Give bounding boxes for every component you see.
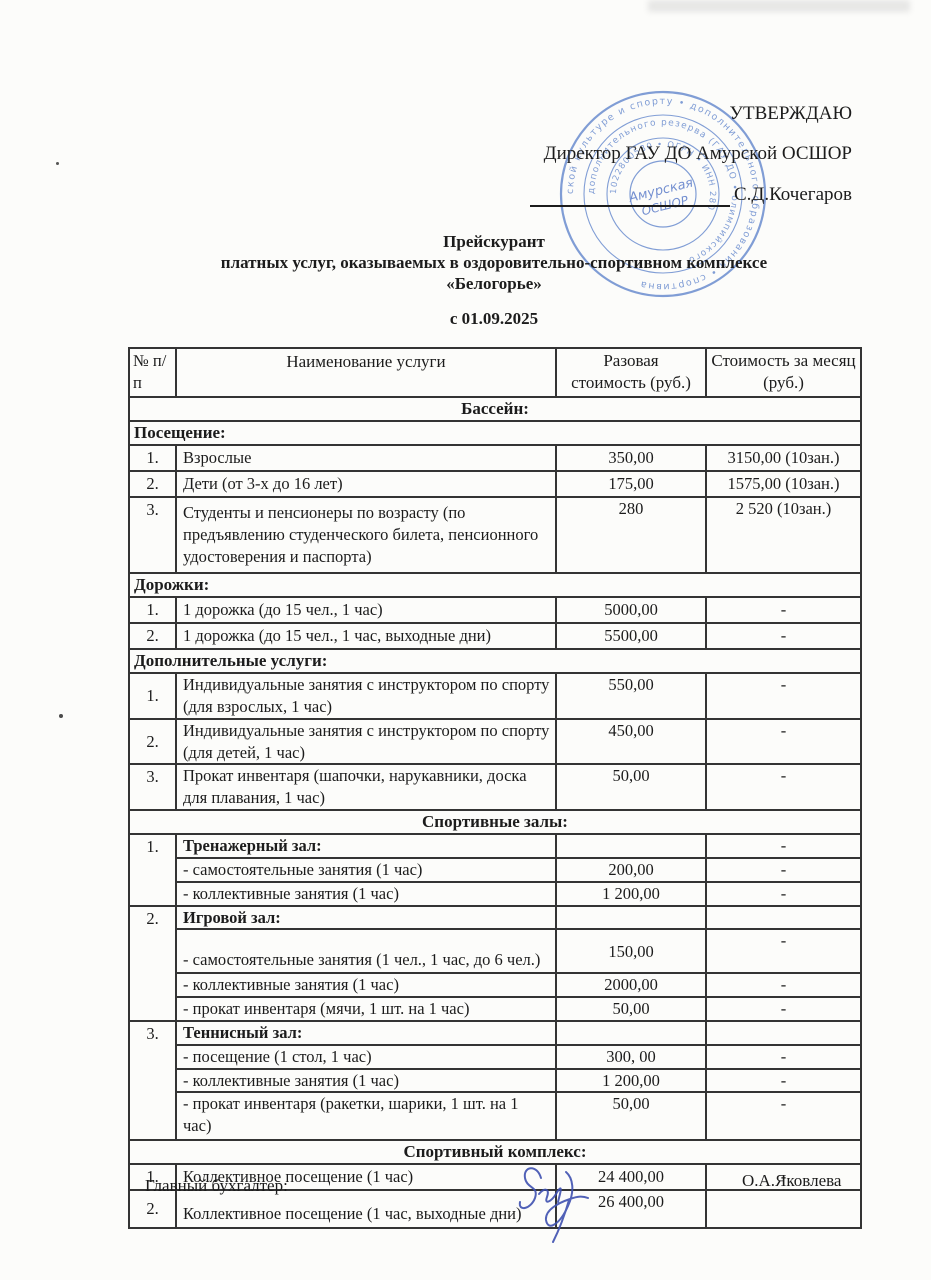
section-row: Бассейн:	[129, 397, 861, 421]
monthly-price-cell: 1575,00 (10зан.)	[706, 471, 861, 497]
header-monthly-price: Стоимость за месяц (руб.)	[706, 348, 861, 397]
single-price-cell	[556, 834, 706, 858]
monthly-price-cell: -	[706, 719, 861, 765]
service-name-cell: - прокат инвентаря (мячи, 1 шт. на 1 час…	[176, 997, 556, 1021]
director-signature-row: С.Д.Кочегаров	[530, 181, 852, 207]
price-table: № п/п Наименование услуги Разовая стоимо…	[128, 347, 862, 1229]
scanned-price-list-page: { "approval": { "approve_label": "УТВЕРЖ…	[0, 0, 931, 1280]
service-name-cell: Тренажерный зал:	[176, 834, 556, 858]
row-number-cell: 1.	[129, 445, 176, 471]
section-row: Дополнительные услуги:	[129, 649, 861, 673]
single-price-cell: 350,00	[556, 445, 706, 471]
service-name-cell: - самостоятельные занятия (1 час)	[176, 858, 556, 882]
section-label: Спортивные залы:	[129, 810, 861, 834]
service-name-cell: - самостоятельные занятия (1 чел., 1 час…	[176, 929, 556, 973]
table-row: - самостоятельные занятия (1 час)200,00-	[129, 858, 861, 882]
effective-date: с 01.09.2025	[128, 309, 860, 329]
single-price-cell: 50,00	[556, 764, 706, 810]
monthly-price-cell	[706, 1021, 861, 1045]
approve-label: УТВЕРЖДАЮ	[530, 103, 852, 126]
table-row: 1.Индивидуальные занятия с инструктором …	[129, 673, 861, 719]
table-row: 2.Индивидуальные занятия с инструктором …	[129, 719, 861, 765]
scan-speck	[56, 162, 59, 165]
monthly-price-cell: -	[706, 929, 861, 973]
table-row: 2.1 дорожка (до 15 чел., 1 час, выходные…	[129, 623, 861, 649]
single-price-cell: 1 200,00	[556, 882, 706, 906]
table-row: 3.Студенты и пенсионеры по возрасту (по …	[129, 497, 861, 573]
section-label: Посещение:	[129, 421, 861, 445]
monthly-price-cell: -	[706, 973, 861, 997]
service-name-cell: Игровой зал:	[176, 906, 556, 930]
single-price-cell: 550,00	[556, 673, 706, 719]
row-number-cell: 3.	[129, 497, 176, 573]
service-name-cell: - коллективные занятия (1 час)	[176, 973, 556, 997]
table-row: 1.Взрослые350,003150,00 (10зан.)	[129, 445, 861, 471]
single-price-cell: 450,00	[556, 719, 706, 765]
section-label: Спортивный комплекс:	[129, 1140, 861, 1164]
service-name-cell: Взрослые	[176, 445, 556, 471]
monthly-price-cell: -	[706, 673, 861, 719]
single-price-cell: 150,00	[556, 929, 706, 973]
document-title: Прейскурант платных услуг, оказываемых в…	[128, 231, 860, 294]
section-label: Бассейн:	[129, 397, 861, 421]
service-name-cell: Индивидуальные занятия с инструктором по…	[176, 673, 556, 719]
row-number-cell: 1.	[129, 673, 176, 719]
monthly-price-cell: -	[706, 623, 861, 649]
single-price-cell: 5000,00	[556, 597, 706, 623]
single-price-cell: 175,00	[556, 471, 706, 497]
row-number-cell: 2.	[129, 623, 176, 649]
single-price-cell: 2000,00	[556, 973, 706, 997]
approval-block: УТВЕРЖДАЮ Директор ГАУ ДО Амурской ОСШОР…	[530, 103, 852, 207]
table-row: 2.Игровой зал:	[129, 906, 861, 930]
header-num: № п/п	[129, 348, 176, 397]
single-price-cell: 200,00	[556, 858, 706, 882]
accountant-name: О.А.Яковлева	[742, 1171, 841, 1191]
monthly-price-cell: 2 520 (10зан.)	[706, 497, 861, 573]
accountant-signature	[503, 1156, 613, 1248]
monthly-price-cell	[706, 1190, 861, 1228]
monthly-price-cell: -	[706, 1069, 861, 1093]
table-header-row: № п/п Наименование услуги Разовая стоимо…	[129, 348, 861, 397]
service-name-cell: Дети (от 3-х до 16 лет)	[176, 471, 556, 497]
table-row: - коллективные занятия (1 час)1 200,00-	[129, 1069, 861, 1093]
scan-smudge	[648, 0, 910, 12]
table-row: 2.Дети (от 3-х до 16 лет)175,001575,00 (…	[129, 471, 861, 497]
row-number-cell: 3.	[129, 764, 176, 810]
scan-speck	[59, 714, 63, 718]
single-price-cell: 5500,00	[556, 623, 706, 649]
monthly-price-cell: 3150,00 (10зан.)	[706, 445, 861, 471]
row-number-cell: 1.	[129, 597, 176, 623]
service-name-cell: - прокат инвентаря (ракетки, шарики, 1 ш…	[176, 1092, 556, 1140]
table-row: 3.Прокат инвентаря (шапочки, нарукавники…	[129, 764, 861, 810]
table-row: - прокат инвентаря (ракетки, шарики, 1 ш…	[129, 1092, 861, 1140]
price-table-container: № п/п Наименование услуги Разовая стоимо…	[128, 347, 862, 1229]
single-price-cell: 50,00	[556, 1092, 706, 1140]
service-name-cell: - коллективные занятия (1 час)	[176, 1069, 556, 1093]
single-price-cell	[556, 906, 706, 930]
row-number-cell: 3.	[129, 1021, 176, 1140]
title-line3: «Белогорье»	[128, 273, 860, 294]
service-name-cell: Студенты и пенсионеры по возрасту (по пр…	[176, 497, 556, 573]
service-name-cell: Теннисный зал:	[176, 1021, 556, 1045]
header-single-price: Разовая стоимость (руб.)	[556, 348, 706, 397]
table-row: 1.Тренажерный зал:-	[129, 834, 861, 858]
single-price-cell: 50,00	[556, 997, 706, 1021]
single-price-cell: 300, 00	[556, 1045, 706, 1069]
table-row: - самостоятельные занятия (1 чел., 1 час…	[129, 929, 861, 973]
title-line2: платных услуг, оказываемых в оздоровител…	[128, 252, 860, 273]
section-label: Дорожки:	[129, 573, 861, 597]
monthly-price-cell: -	[706, 834, 861, 858]
director-name: С.Д.Кочегаров	[730, 184, 852, 207]
monthly-price-cell: -	[706, 1045, 861, 1069]
section-label: Дополнительные услуги:	[129, 649, 861, 673]
service-name-cell: Прокат инвентаря (шапочки, нарукавники, …	[176, 764, 556, 810]
service-name-cell: 1 дорожка (до 15 чел., 1 час, выходные д…	[176, 623, 556, 649]
table-row: 1.1 дорожка (до 15 чел., 1 час)5000,00-	[129, 597, 861, 623]
section-row: Посещение:	[129, 421, 861, 445]
monthly-price-cell: -	[706, 858, 861, 882]
row-number-cell: 2.	[129, 471, 176, 497]
title-line1: Прейскурант	[128, 231, 860, 252]
monthly-price-cell: -	[706, 597, 861, 623]
single-price-cell: 1 200,00	[556, 1069, 706, 1093]
table-row: - коллективные занятия (1 час)2000,00-	[129, 973, 861, 997]
monthly-price-cell: -	[706, 764, 861, 810]
monthly-price-cell: -	[706, 997, 861, 1021]
single-price-cell	[556, 1021, 706, 1045]
row-number-cell: 1.	[129, 834, 176, 905]
table-row: - коллективные занятия (1 час)1 200,00-	[129, 882, 861, 906]
table-row: - прокат инвентаря (мячи, 1 шт. на 1 час…	[129, 997, 861, 1021]
service-name-cell: - коллективные занятия (1 час)	[176, 882, 556, 906]
monthly-price-cell	[706, 906, 861, 930]
header-service-name: Наименование услуги	[176, 348, 556, 397]
row-number-cell: 2.	[129, 719, 176, 765]
monthly-price-cell: -	[706, 882, 861, 906]
table-row: 3.Теннисный зал:	[129, 1021, 861, 1045]
section-row: Дорожки:	[129, 573, 861, 597]
service-name-cell: Индивидуальные занятия с инструктором по…	[176, 719, 556, 765]
section-row: Спортивные залы:	[129, 810, 861, 834]
single-price-cell: 280	[556, 497, 706, 573]
accountant-label: Главный бухгалтер:	[145, 1176, 288, 1196]
row-number-cell: 2.	[129, 906, 176, 1021]
section-row: Спортивный комплекс:	[129, 1140, 861, 1164]
table-row: - посещение (1 стол, 1 час)300, 00-	[129, 1045, 861, 1069]
service-name-cell: 1 дорожка (до 15 чел., 1 час)	[176, 597, 556, 623]
service-name-cell: - посещение (1 стол, 1 час)	[176, 1045, 556, 1069]
director-line: Директор ГАУ ДО Амурской ОСШОР	[530, 143, 852, 166]
signature-line	[530, 183, 730, 207]
monthly-price-cell: -	[706, 1092, 861, 1140]
